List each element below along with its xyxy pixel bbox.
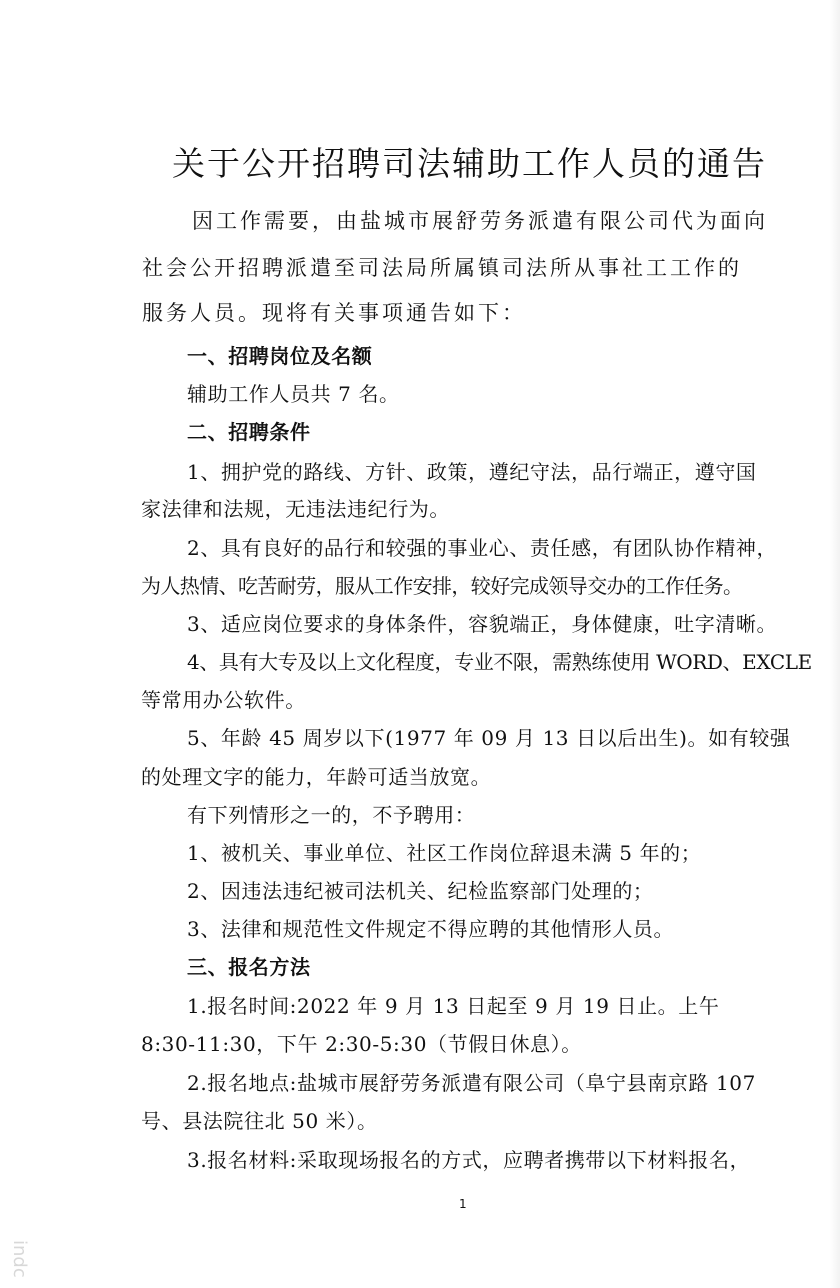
exclusion-2: 2、因违法违纪被司法机关、纪检监察部门处理的； [187,875,654,904]
scan-edge [830,0,840,1288]
exclusion-1: 1、被机关、事业单位、社区工作岗位辞退未满 5 年的； [187,837,701,866]
intro-line-1: 因工作需要，由盐城市展舒劳务派遣有限公司代为面向 [192,205,768,235]
condition-3: 3、适应岗位要求的身体条件，容貌端正，身体健康，吐字清晰。 [187,608,777,637]
condition-5b: 的处理文字的能力，年龄可适当放宽。 [141,761,491,790]
exclusion-intro: 有下列情形之一的，不予聘用： [187,799,475,828]
condition-5a: 5、年龄 45 周岁以下(1977 年 09 月 13 日以后出生)。如有较强 [187,722,790,751]
condition-1a: 1、拥护党的路线、方针、政策，遵纪守法，品行端正，遵守国 [187,456,757,485]
condition-2b: 为人热情、吃苦耐劳，服从工作安排，较好完成领导交办的工作任务。 [141,570,742,599]
condition-4a: 4、具有大专及以上文化程度，专业不限，需熟练使用 WORD、EXCLE [187,646,812,675]
condition-4b: 等常用办公软件。 [141,684,306,713]
condition-1b: 家法律和法规，无违法违纪行为。 [141,493,450,522]
registration-time-a: 1.报名时间:2022 年 9 月 13 日起至 9 月 19 日止。上午 [187,990,719,1019]
registration-materials: 3.报名材料:采取现场报名的方式，应聘者携带以下材料报名， [187,1144,750,1173]
section1-text: 辅助工作人员共 7 名。 [187,378,400,407]
section2-heading: 二、招聘条件 [187,416,311,445]
document-title: 关于公开招聘司法辅助工作人员的通告 [172,138,792,185]
exclusion-3: 3、法律和规范性文件规定不得应聘的其他情形人员。 [187,913,674,942]
watermark-text: indc [9,1240,30,1278]
registration-location-b: 号、县法院往北 50 米）。 [141,1105,378,1134]
condition-2a: 2、具有良好的品行和较强的事业心、责任感，有团队协作精神， [187,532,777,561]
section1-heading: 一、招聘岗位及名额 [187,340,372,369]
intro-line-3: 服务人员。现将有关事项通告如下： [142,297,526,327]
section3-heading: 三、报名方法 [187,951,311,980]
registration-location-a: 2.报名地点:盐城市展舒劳务派遣有限公司（阜宁县南京路 107 [187,1067,756,1096]
intro-line-2: 社会公开招聘派遣至司法局所属镇司法所从事社工工作的 [142,252,742,282]
registration-time-b: 8:30-11:30，下午 2:30-5:30（节假日休息）。 [141,1028,582,1057]
page-number: 1 [459,1197,467,1211]
